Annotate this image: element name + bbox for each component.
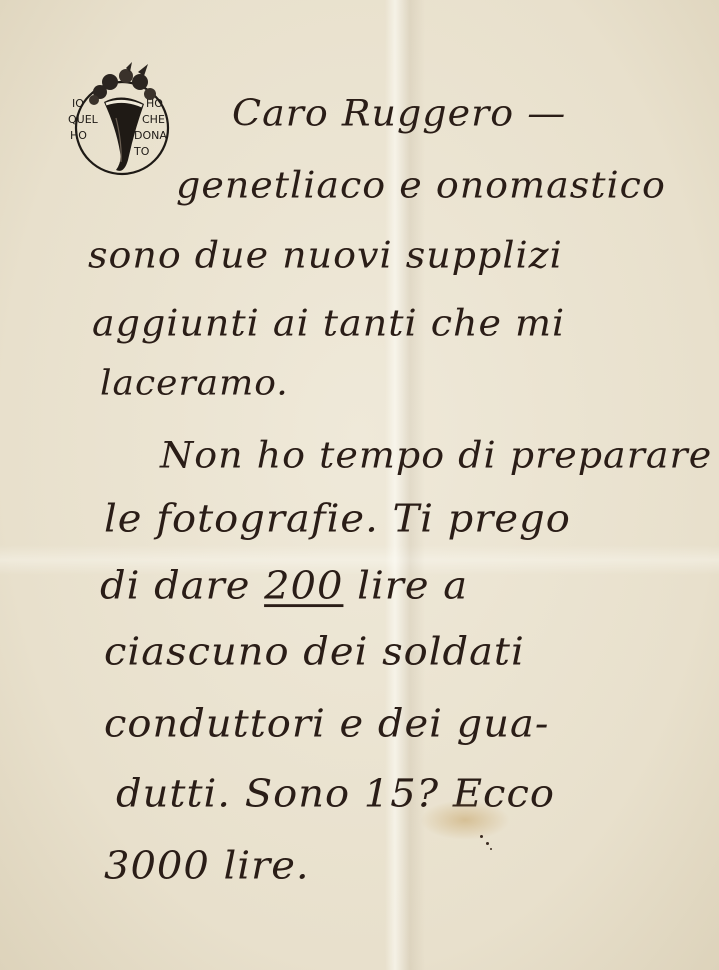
ink-speck <box>490 848 492 850</box>
letter-text: lire a <box>343 564 468 608</box>
letter-line: aggiunti ai tanti che mi <box>92 302 565 344</box>
letter-line: le fotografie. Ti prego <box>104 497 571 541</box>
motto-word: IO <box>72 98 84 109</box>
letter-text: di dare <box>100 564 264 608</box>
ink-speck <box>480 835 483 838</box>
letter-line-amount: di dare 200 lire a <box>100 564 468 608</box>
motto-word: HO <box>70 130 87 141</box>
salutation: Caro Ruggero — <box>232 92 566 134</box>
letter-line: sono due nuovi supplizi <box>88 234 563 276</box>
letter-line: 3000 lire. <box>104 844 310 888</box>
letter-line: ciascuno dei soldati <box>104 630 525 674</box>
motto-word: HO <box>146 98 163 109</box>
motto-word: CHE <box>142 114 165 125</box>
ink-speck <box>486 842 489 845</box>
letter-line: conduttori e dei gua- <box>104 702 549 746</box>
motto-word: TO <box>134 146 149 157</box>
letter-line: genetliaco e onomastico <box>176 164 666 206</box>
letter-line: laceramo. <box>100 364 289 403</box>
underlined-amount: 200 <box>264 564 343 608</box>
paper-stain <box>420 800 510 840</box>
motto-word: DONA <box>134 130 167 141</box>
letter-line: Non ho tempo di preparare <box>160 434 712 476</box>
motto-word: QUEL <box>68 114 98 125</box>
letterhead-emblem: IO HO QUEL CHE HO DONA TO <box>66 62 178 182</box>
